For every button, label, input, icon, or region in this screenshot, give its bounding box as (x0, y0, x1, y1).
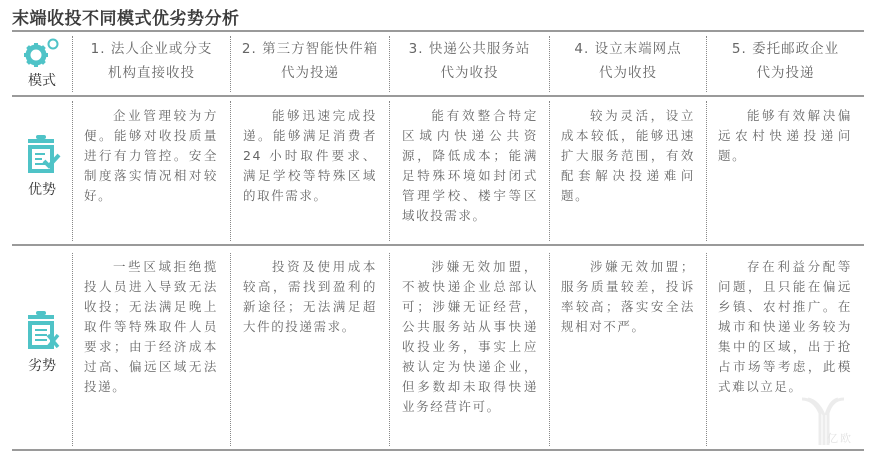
column-header-line: 代为收投 (550, 61, 706, 85)
column-divider (389, 253, 390, 446)
disadvantage-cell-1: 一些区域拒绝揽投人员进入导致无法收投；无法满足晚上取件等特殊取件人员要求；由于经… (84, 257, 218, 397)
watermark-text: 亿欧 (827, 430, 853, 446)
advantage-cell-2: 能够迅速完成投递。能够满足消费者24 小时取件要求、满足学校等特殊区域的取件需求… (243, 106, 377, 206)
column-divider (549, 101, 550, 241)
disadvantage-cell-2: 投资及使用成本较高，需找到盈利的新途径；无法满足超大件的投递需求。 (243, 257, 377, 337)
cell-text: 企业管理较为方便。能够对收投质量进行有力管控。安全制度落实情况相对较好。 (84, 108, 218, 203)
table-bottom-rule (12, 449, 864, 451)
column-header-line: 代为投递 (231, 61, 389, 85)
column-header-line: 4. 设立末端网点 (550, 37, 706, 61)
disadvantage-cell-4: 涉嫌无效加盟；服务质量较差，投诉率较高；落实安全法规相对不严。 (561, 257, 695, 337)
column-divider (230, 101, 231, 241)
column-divider (72, 101, 73, 241)
cell-text: 存在利益分配等问题，且只能在偏远乡镇、农村推广。在城市和快递业务较为集中的区域，… (718, 259, 852, 394)
cell-text: 能够有效解决偏远农村快递投递问题。 (718, 108, 852, 163)
row-label-disadvantage: 劣势 (12, 311, 72, 375)
row-label-text: 劣势 (12, 355, 72, 375)
column-header-line: 机构直接收投 (73, 61, 230, 85)
cell-text: 投资及使用成本较高，需找到盈利的新途径；无法满足超大件的投递需求。 (243, 259, 377, 334)
column-divider (549, 253, 550, 446)
clipboard-check-icon (20, 135, 64, 177)
advantage-cell-3: 能有效整合特定区域内快递公共资源，降低成本；能满足特殊环境如封闭式管理学校、楼宇… (402, 106, 538, 226)
gear-icon (18, 36, 66, 68)
page-title: 末端收投不同模式优劣势分析 (12, 4, 240, 29)
cell-text: 涉嫌无效加盟，不被快递企业总部认可；涉嫌无证经营，公共服务站从事快递收投业务，事… (402, 259, 538, 414)
column-divider (706, 101, 707, 241)
column-header-line: 5. 委托邮政企业 (707, 37, 864, 61)
column-header-2: 2. 第三方智能快件箱 代为投递 (231, 37, 389, 95)
cell-text: 较为灵活，设立成本较低，能够迅速扩大服务范围，有效配套解决投递难问题。 (561, 108, 695, 203)
column-header-3: 3. 快递公共服务站 代为收投 (390, 37, 549, 95)
column-header-5: 5. 委托邮政企业 代为投递 (707, 37, 864, 95)
header-bottom-rule (12, 95, 864, 97)
column-divider (706, 253, 707, 446)
disadvantage-cell-5: 存在利益分配等问题，且只能在偏远乡镇、农村推广。在城市和快递业务较为集中的区域，… (718, 257, 852, 397)
cell-text: 能够迅速完成投递。能够满足消费者24 小时取件要求、满足学校等特殊区域的取件需求… (243, 108, 377, 203)
column-header-line: 1. 法人企业或分支 (73, 37, 230, 61)
clipboard-x-icon (20, 311, 64, 353)
cell-text: 能有效整合特定区域内快递公共资源，降低成本；能满足特殊环境如封闭式管理学校、楼宇… (402, 108, 538, 223)
column-divider (230, 253, 231, 446)
column-header-1: 1. 法人企业或分支 机构直接收投 (73, 37, 230, 95)
column-divider (389, 101, 390, 241)
column-header-line: 代为收投 (390, 61, 549, 85)
table-top-rule (12, 30, 864, 32)
disadvantage-cell-3: 涉嫌无效加盟，不被快递企业总部认可；涉嫌无证经营，公共服务站从事快递收投业务，事… (402, 257, 538, 417)
row-label-mode: 模式 (12, 36, 72, 90)
column-header-line: 2. 第三方智能快件箱 (231, 37, 389, 61)
advantage-cell-5: 能够有效解决偏远农村快递投递问题。 (718, 106, 852, 166)
row-label-text: 优势 (12, 179, 72, 199)
cell-text: 一些区域拒绝揽投人员进入导致无法收投；无法满足晚上取件等特殊取件人员要求；由于经… (84, 259, 218, 394)
row-label-advantage: 优势 (12, 135, 72, 199)
column-header-4: 4. 设立末端网点 代为收投 (550, 37, 706, 95)
column-divider (72, 253, 73, 446)
advantage-cell-4: 较为灵活，设立成本较低，能够迅速扩大服务范围，有效配套解决投递难问题。 (561, 106, 695, 206)
column-header-line: 3. 快递公共服务站 (390, 37, 549, 61)
advantage-bottom-rule (12, 244, 864, 246)
row-label-text: 模式 (12, 70, 72, 90)
cell-text: 涉嫌无效加盟；服务质量较差，投诉率较高；落实安全法规相对不严。 (561, 259, 695, 334)
advantage-cell-1: 企业管理较为方便。能够对收投质量进行有力管控。安全制度落实情况相对较好。 (84, 106, 218, 206)
column-header-line: 代为投递 (707, 61, 864, 85)
